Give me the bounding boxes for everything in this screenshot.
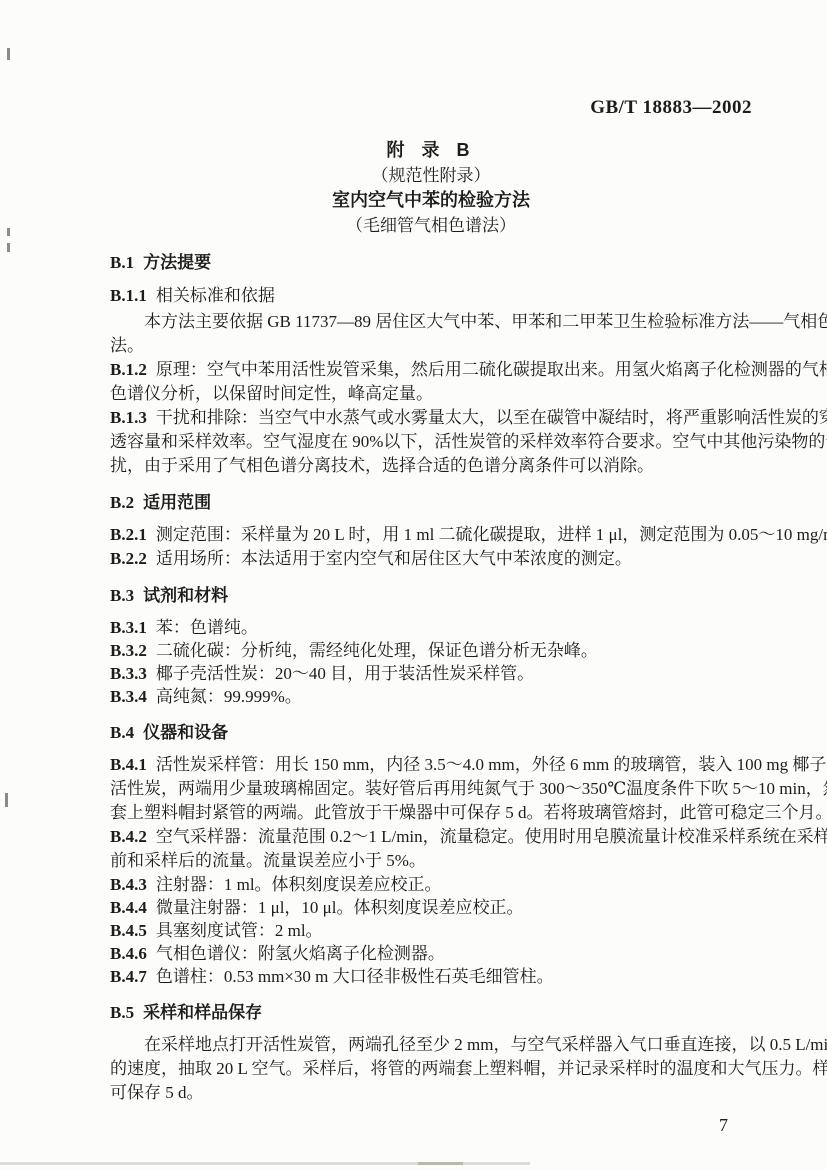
scan-artifact-tick bbox=[7, 228, 10, 236]
clause-number: B.1.1 bbox=[110, 286, 156, 305]
clause-number: B.3.1 bbox=[110, 618, 156, 637]
paragraph-line: 在采样地点打开活性炭管，两端孔径至少 2 mm，与空气采样器入气口垂直连接，以 … bbox=[110, 1033, 752, 1057]
section-number: B.3 bbox=[110, 586, 143, 605]
paragraph-line: 法。 bbox=[110, 334, 752, 358]
clause-number: B.1.3 bbox=[110, 408, 156, 427]
clause-number: B.4.4 bbox=[110, 898, 156, 917]
paragraph-line: 可保存 5 d。 bbox=[110, 1081, 752, 1105]
appendix-method-subtitle: （毛细管气相色谱法） bbox=[110, 213, 752, 238]
clause-b42-line: B.4.2空气采样器：流量范围 0.2～1 L/min，流量稳定。使用时用皂膜流… bbox=[110, 825, 752, 849]
paragraph-line: 的速度，抽取 20 L 空气。采样后，将管的两端套上塑料帽，并记录采样时的温度和… bbox=[110, 1057, 752, 1081]
section-number: B.2 bbox=[110, 493, 143, 512]
clause-text: 二硫化碳：分析纯，需经纯化处理，保证色谱分析无杂峰。 bbox=[156, 641, 598, 660]
clause-text: 气相色谱仪：附氢火焰离子化检测器。 bbox=[156, 944, 445, 963]
clause-number: B.4.1 bbox=[110, 755, 156, 774]
section-b3-heading: B.3试剂和材料 bbox=[110, 583, 752, 608]
clause-b21-line: B.2.1测定范围：采样量为 20 L 时，用 1 ml 二硫化碳提取，进样 1… bbox=[110, 523, 752, 547]
doc-number: GB/T 18883—2002 bbox=[110, 96, 752, 120]
clause-text: 椰子壳活性炭：20～40 目，用于装活性炭采样管。 bbox=[156, 664, 534, 683]
clause-number: B.4.7 bbox=[110, 967, 156, 986]
clause-text: 注射器：1 ml。体积刻度误差应校正。 bbox=[156, 875, 442, 894]
paragraph-line: 前和采样后的流量。流量误差应小于 5%。 bbox=[110, 849, 752, 873]
section-title: 适用范围 bbox=[143, 493, 211, 512]
clause-number: B.1.2 bbox=[110, 360, 156, 379]
paragraph-line: 本方法主要依据 GB 11737—89 居住区大气中苯、甲苯和二甲苯卫生检验标准… bbox=[110, 310, 752, 334]
clause-text: 苯：色谱纯。 bbox=[156, 618, 258, 637]
appendix-kind: （规范性附录） bbox=[110, 163, 752, 188]
clause-text: 微量注射器：1 μl，10 μl。体积刻度误差应校正。 bbox=[156, 898, 524, 917]
paragraph-line: 扰，由于采用了气相色谱分离技术，选择合适的色谱分离条件可以消除。 bbox=[110, 454, 752, 478]
paragraph-line: 透容量和采样效率。空气湿度在 90%以下，活性炭管的采样效率符合要求。空气中其他… bbox=[110, 430, 752, 454]
clause-text: 高纯氮：99.999%。 bbox=[156, 687, 302, 706]
document-body: B.1方法提要 B.1.1相关标准和依据 本方法主要依据 GB 11737—89… bbox=[110, 250, 752, 1137]
scan-edge-line-dark bbox=[418, 1162, 463, 1165]
section-title: 仪器和设备 bbox=[143, 723, 228, 742]
clause-number: B.4.2 bbox=[110, 827, 156, 846]
clause-b11-heading: B.1.1相关标准和依据 bbox=[110, 283, 752, 308]
clause-number: B.3.2 bbox=[110, 641, 156, 660]
appendix-title-block: 附 录 B （规范性附录） 室内空气中苯的检验方法 （毛细管气相色谱法） bbox=[110, 138, 752, 238]
section-title: 方法提要 bbox=[143, 253, 211, 272]
clause-text: 适用场所：本法适用于室内空气和居住区大气中苯浓度的测定。 bbox=[156, 549, 632, 568]
section-b1-heading: B.1方法提要 bbox=[110, 250, 752, 275]
clause-number: B.3.4 bbox=[110, 687, 156, 706]
clause-text: 测定范围：采样量为 20 L 时，用 1 ml 二硫化碳提取，进样 1 μl，测… bbox=[156, 525, 827, 544]
page-number: 7 bbox=[110, 1113, 752, 1137]
clause-b32-line: B.3.2二硫化碳：分析纯，需经纯化处理，保证色谱分析无杂峰。 bbox=[110, 639, 752, 662]
scan-artifact-tick bbox=[7, 48, 10, 60]
clause-text: 具塞刻度试管：2 ml。 bbox=[156, 921, 323, 940]
section-b4-heading: B.4仪器和设备 bbox=[110, 720, 752, 745]
page-content: GB/T 18883—2002 附 录 B （规范性附录） 室内空气中苯的检验方… bbox=[110, 0, 752, 1137]
section-number: B.1 bbox=[110, 253, 143, 272]
section-title: 试剂和材料 bbox=[143, 586, 228, 605]
section-b2-heading: B.2适用范围 bbox=[110, 490, 752, 515]
paragraph-line: 色谱仪分析，以保留时间定性，峰高定量。 bbox=[110, 382, 752, 406]
scan-artifact-tick bbox=[7, 243, 10, 252]
section-number: B.4 bbox=[110, 723, 143, 742]
clause-b41-line: B.4.1活性炭采样管：用长 150 mm，内径 3.5～4.0 mm，外径 6… bbox=[110, 753, 752, 777]
clause-number: B.2.1 bbox=[110, 525, 156, 544]
paragraph-line: 活性炭，两端用少量玻璃棉固定。装好管后再用纯氮气于 300～350℃温度条件下吹… bbox=[110, 777, 752, 801]
clause-b22-line: B.2.2适用场所：本法适用于室内空气和居住区大气中苯浓度的测定。 bbox=[110, 547, 752, 571]
clause-b45-line: B.4.5具塞刻度试管：2 ml。 bbox=[110, 919, 752, 942]
clause-number: B.4.3 bbox=[110, 875, 156, 894]
section-b5-heading: B.5采样和样品保存 bbox=[110, 1000, 752, 1025]
appendix-heading: 附 录 B bbox=[110, 138, 752, 163]
section-title: 采样和样品保存 bbox=[143, 1003, 262, 1022]
clause-number: B.2.2 bbox=[110, 549, 156, 568]
clause-b13-line: B.1.3干扰和排除：当空气中水蒸气或水雾量太大，以至在碳管中凝结时，将严重影响… bbox=[110, 406, 752, 430]
clause-b47-line: B.4.7色谱柱：0.53 mm×30 m 大口径非极性石英毛细管柱。 bbox=[110, 965, 752, 988]
clause-b31-line: B.3.1苯：色谱纯。 bbox=[110, 616, 752, 639]
clause-title: 相关标准和依据 bbox=[156, 286, 275, 305]
clause-b34-line: B.3.4高纯氮：99.999%。 bbox=[110, 685, 752, 708]
clause-b43-line: B.4.3注射器：1 ml。体积刻度误差应校正。 bbox=[110, 873, 752, 896]
clause-text: 干扰和排除：当空气中水蒸气或水雾量太大，以至在碳管中凝结时，将严重影响活性炭的穿 bbox=[156, 408, 827, 427]
section-number: B.5 bbox=[110, 1003, 143, 1022]
clause-number: B.3.3 bbox=[110, 664, 156, 683]
clause-number: B.4.5 bbox=[110, 921, 156, 940]
clause-b46-line: B.4.6气相色谱仪：附氢火焰离子化检测器。 bbox=[110, 942, 752, 965]
clause-b44-line: B.4.4微量注射器：1 μl，10 μl。体积刻度误差应校正。 bbox=[110, 896, 752, 919]
clause-text: 色谱柱：0.53 mm×30 m 大口径非极性石英毛细管柱。 bbox=[156, 967, 554, 986]
clause-number: B.4.6 bbox=[110, 944, 156, 963]
clause-text: 活性炭采样管：用长 150 mm，内径 3.5～4.0 mm，外径 6 mm 的… bbox=[156, 755, 827, 774]
clause-b33-line: B.3.3椰子壳活性炭：20～40 目，用于装活性炭采样管。 bbox=[110, 662, 752, 685]
clause-b12-line: B.1.2原理：空气中苯用活性炭管采集，然后用二硫化碳提取出来。用氢火焰离子化检… bbox=[110, 358, 752, 382]
clause-text: 空气采样器：流量范围 0.2～1 L/min，流量稳定。使用时用皂膜流量计校准采… bbox=[156, 827, 827, 846]
scan-artifact-tick bbox=[5, 793, 8, 807]
clause-text: 原理：空气中苯用活性炭管采集，然后用二硫化碳提取出来。用氢火焰离子化检测器的气相 bbox=[156, 360, 827, 379]
paragraph-line: 套上塑料帽封紧管的两端。此管放于干燥器中可保存 5 d。若将玻璃管熔封，此管可稳… bbox=[110, 801, 752, 825]
appendix-method-title: 室内空气中苯的检验方法 bbox=[110, 188, 752, 213]
